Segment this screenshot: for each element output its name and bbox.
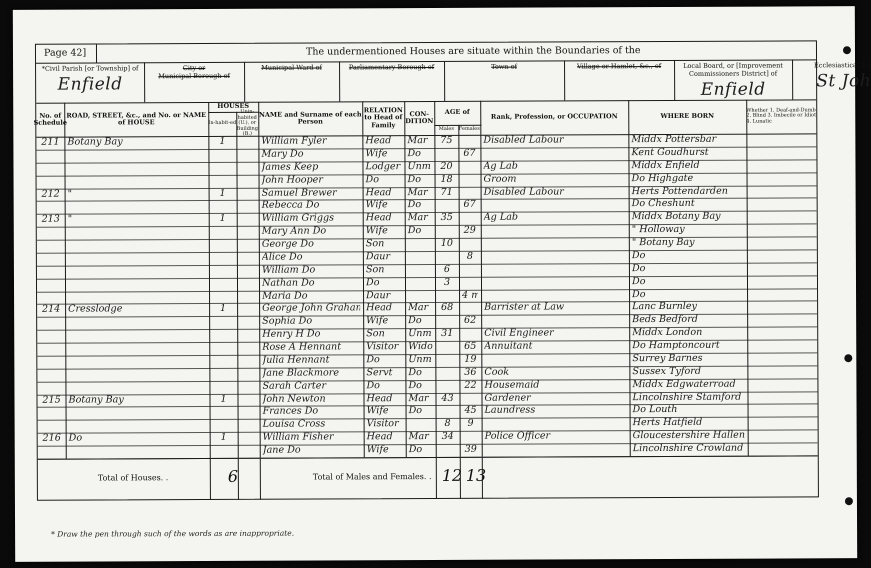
cell-males <box>438 289 456 302</box>
column-header-schedule: No. of Schedule <box>36 103 65 137</box>
cell-relation: Daur <box>366 290 402 303</box>
cell-uninhabited <box>239 149 255 162</box>
cell-name: George John Graham <box>262 303 360 316</box>
cell-relation: Wife <box>366 200 402 213</box>
cell-condition: Mar <box>408 187 432 200</box>
footnote: * Draw the pen through such of the words… <box>51 529 294 539</box>
cell-uninhabited <box>239 136 255 149</box>
cell-infirmity <box>750 378 814 391</box>
cell-where-born: Middx Botany Bay <box>632 211 744 224</box>
cell-road <box>68 265 206 278</box>
cell-males <box>438 315 456 328</box>
cell-schedule <box>40 227 62 240</box>
cell-females: 62 <box>462 315 478 328</box>
cell-schedule: 215 <box>40 394 62 407</box>
cell-inhabited: 1 <box>212 393 234 406</box>
cell-females <box>462 186 478 199</box>
cell-females: 29 <box>462 225 478 238</box>
page-number: Page 42] <box>44 45 86 63</box>
cell-inhabited: 1 <box>212 303 234 316</box>
cell-females <box>461 135 477 148</box>
cell-males <box>438 354 456 367</box>
region-field: Ecclesiastical District ofSt Johns <box>792 59 871 100</box>
cell-schedule <box>39 150 61 163</box>
cell-where-born: " Holloway <box>632 224 744 237</box>
cell-condition: Unm <box>408 354 432 367</box>
column-header-females: Females <box>458 125 481 135</box>
column-group-age: AGE of <box>434 101 481 126</box>
cell-infirmity <box>751 404 815 417</box>
cell-infirmity <box>750 224 814 237</box>
column-header-road: ROAD, STREET, &c., and No. or NAME of HO… <box>64 102 209 137</box>
cell-schedule: 216 <box>41 433 63 446</box>
cell-males <box>438 367 456 380</box>
cell-infirmity <box>750 211 814 224</box>
cell-condition: Mar <box>407 135 431 148</box>
cell-infirmity <box>750 314 814 327</box>
cell-road <box>69 406 207 419</box>
cell-condition: Do <box>408 315 432 328</box>
cell-road <box>69 445 207 458</box>
cell-where-born: Kent Goudhurst <box>631 147 743 160</box>
cell-condition: Do <box>408 367 432 380</box>
cell-uninhabited <box>240 174 256 187</box>
cell-schedule <box>40 356 62 369</box>
cell-infirmity <box>750 262 814 275</box>
cell-females: 4 mos <box>462 289 478 302</box>
cell-infirmity <box>750 339 814 352</box>
total-persons-label: Total of Males and Females. . <box>313 472 432 482</box>
cell-name: Jane Do <box>263 444 361 457</box>
cell-condition <box>408 277 432 290</box>
cell-uninhabited <box>240 187 256 200</box>
region-field: City orMunicipal Borough of <box>144 62 245 102</box>
cell-females <box>462 238 478 251</box>
cell-males: 68 <box>438 302 456 315</box>
cell-schedule <box>40 265 62 278</box>
cell-road <box>68 342 206 355</box>
cell-females <box>462 276 478 289</box>
cell-females: 39 <box>463 444 479 457</box>
cell-road <box>68 381 206 394</box>
cell-relation: Do <box>366 354 402 367</box>
cell-condition: Do <box>408 199 432 212</box>
cell-schedule <box>40 278 62 291</box>
cell-males: 75 <box>437 135 455 148</box>
cell-infirmity <box>750 172 814 185</box>
cell-name: Louisa Cross <box>263 419 361 432</box>
cell-inhabited: 1 <box>212 213 234 226</box>
cell-condition: Mar <box>408 393 432 406</box>
cell-uninhabited <box>241 419 257 432</box>
cell-males: 8 <box>439 418 457 431</box>
cell-schedule: 214 <box>40 304 62 317</box>
region-field: Parliamentary Borough of <box>339 61 445 101</box>
cell-schedule <box>40 201 62 214</box>
cell-males: 34 <box>439 431 457 444</box>
cell-inhabited <box>212 265 234 278</box>
cell-females: 22 <box>462 380 478 393</box>
region-value: St Johns <box>792 71 871 92</box>
cell-relation: Do <box>366 277 402 290</box>
cell-inhabited <box>213 445 235 458</box>
cell-females <box>463 431 479 444</box>
cell-females: 8 <box>462 251 478 264</box>
region-field: Town of <box>444 60 565 101</box>
cell-name: George Do <box>262 238 360 251</box>
cell-road <box>68 200 206 213</box>
cell-occupation: Ag Lab <box>484 211 626 224</box>
cell-females: 45 <box>463 405 479 418</box>
cell-males: 43 <box>438 393 456 406</box>
cell-uninhabited <box>240 342 256 355</box>
cell-uninhabited <box>240 303 256 316</box>
cell-where-born: Do <box>632 250 744 263</box>
cell-where-born: Middx Enfield <box>631 159 743 172</box>
cell-road: Do <box>69 432 207 445</box>
column-headers: No. of ScheduleROAD, STREET, &c., and No… <box>36 99 816 137</box>
cell-inhabited <box>212 342 234 355</box>
cell-infirmity <box>750 198 814 211</box>
cell-females: 9 <box>463 418 479 431</box>
cell-occupation <box>484 289 626 302</box>
region-label: Village or Hamlet, &c., of <box>564 62 674 70</box>
cell-road <box>67 149 205 162</box>
cell-uninhabited <box>240 368 256 381</box>
cell-road <box>68 175 206 188</box>
cell-relation: Head <box>366 187 402 200</box>
binding-hole <box>845 497 853 505</box>
cell-condition <box>409 418 433 431</box>
cell-road <box>68 291 206 304</box>
cell-name: Sarah Carter <box>262 380 360 393</box>
cell-occupation: Gardener <box>484 392 626 405</box>
cell-males: 35 <box>438 212 456 225</box>
column-header-relation: RELATION to Head of Family <box>362 101 405 135</box>
cell-males <box>438 199 456 212</box>
cell-females <box>462 212 478 225</box>
cell-road <box>68 239 206 252</box>
cell-infirmity <box>749 159 813 172</box>
cell-name: William Fisher <box>263 432 361 445</box>
cell-males <box>437 148 455 161</box>
cell-where-born: Herts Pottendarden <box>632 185 744 198</box>
cell-females <box>461 161 477 174</box>
cell-uninhabited <box>241 432 257 445</box>
cell-name: Rebecca Do <box>262 200 360 213</box>
cell-uninhabited <box>241 445 257 458</box>
cell-schedule <box>41 407 63 420</box>
cell-occupation <box>484 199 626 212</box>
cell-females <box>462 264 478 277</box>
cell-uninhabited <box>240 290 256 303</box>
cell-occupation <box>484 224 626 237</box>
cell-infirmity <box>750 327 814 340</box>
cell-relation: Wife <box>367 444 403 457</box>
cell-condition <box>408 264 432 277</box>
cell-inhabited <box>212 239 234 252</box>
cell-relation: Visitor <box>366 341 402 354</box>
cell-schedule <box>40 343 62 356</box>
cell-males: 3 <box>438 277 456 290</box>
cell-relation: Do <box>366 380 402 393</box>
cell-males <box>439 405 457 418</box>
cell-inhabited <box>212 329 234 342</box>
column-header-infirmity: Whether 1. Deaf-and-Dumb 2. Blind 3. Imb… <box>746 99 816 133</box>
total-females-value: 13 <box>466 466 486 485</box>
cell-road: " <box>68 213 206 226</box>
cell-inhabited <box>212 316 234 329</box>
cell-road <box>68 252 206 265</box>
cell-females: 67 <box>461 148 477 161</box>
region-label: Municipal Ward of <box>244 63 339 71</box>
cell-where-born: Beds Bedford <box>632 314 744 327</box>
cell-occupation <box>485 418 627 431</box>
cell-condition: Do <box>408 174 432 187</box>
cell-schedule <box>40 240 62 253</box>
cell-females <box>462 328 478 341</box>
cell-inhabited: 1 <box>211 136 233 149</box>
cell-name: John Hooper <box>262 174 360 187</box>
cell-inhabited <box>212 252 234 265</box>
cell-uninhabited <box>240 329 256 342</box>
cell-where-born: Do Hamptoncourt <box>632 340 744 353</box>
cell-infirmity <box>751 417 815 430</box>
cell-where-born: Lincolnshire Stamford <box>632 391 744 404</box>
cell-inhabited <box>212 226 234 239</box>
cell-relation: Head <box>365 135 401 148</box>
cell-females: 19 <box>462 354 478 367</box>
cell-name: William Fyler <box>261 135 359 148</box>
cell-relation: Wife <box>367 406 403 419</box>
cell-road <box>69 419 207 432</box>
cell-schedule <box>40 381 62 394</box>
cell-relation: Wife <box>366 315 402 328</box>
cell-condition: Mar <box>409 431 433 444</box>
cell-schedule <box>40 291 62 304</box>
cell-name: William Do <box>262 264 360 277</box>
cell-uninhabited <box>240 316 256 329</box>
cell-relation: Wife <box>366 225 402 238</box>
column-header-uninhabited: Unin-habited (U.), or Building (B.) <box>236 112 259 136</box>
column-header-where-born: WHERE BORN <box>628 100 747 135</box>
cell-males <box>438 251 456 264</box>
cell-uninhabited <box>240 239 256 252</box>
region-field: Municipal Ward of <box>244 61 340 101</box>
cell-relation: Son <box>366 238 402 251</box>
cell-condition <box>408 290 432 303</box>
cell-relation: Do <box>366 174 402 187</box>
cell-occupation: Laundress <box>485 405 627 418</box>
cell-females <box>462 173 478 186</box>
cell-schedule <box>39 162 61 175</box>
cell-road <box>68 355 206 368</box>
cell-infirmity <box>750 365 814 378</box>
cell-relation: Head <box>366 393 402 406</box>
cell-males: 10 <box>438 238 456 251</box>
cell-relation: Son <box>366 328 402 341</box>
cell-where-born: " Botany Bay <box>632 237 744 250</box>
cell-road <box>67 162 205 175</box>
region-label: Municipal Borough of <box>144 72 244 80</box>
cell-uninhabited <box>240 252 256 265</box>
cell-occupation <box>485 443 627 456</box>
cell-condition: Do <box>407 148 431 161</box>
cell-occupation <box>484 250 626 263</box>
cell-occupation: Disabled Labour <box>484 186 626 199</box>
region-label: Commissioners District] of <box>674 69 792 78</box>
cell-condition: Unm <box>407 161 431 174</box>
cell-road: Cresslodge <box>68 303 206 316</box>
cell-occupation: Groom <box>484 173 626 186</box>
cell-infirmity <box>750 301 814 314</box>
cell-name: Jane Blackmore <box>262 367 360 380</box>
cell-uninhabited <box>241 406 257 419</box>
cell-males <box>438 225 456 238</box>
cell-occupation: Cook <box>484 366 626 379</box>
cell-inhabited <box>212 278 234 291</box>
cell-uninhabited <box>240 213 256 226</box>
cell-name: Frances Do <box>263 406 361 419</box>
cell-road <box>68 278 206 291</box>
cell-males <box>439 444 457 457</box>
cell-name: Samuel Brewer <box>262 187 360 200</box>
cell-schedule: 211 <box>39 137 61 150</box>
cell-occupation <box>484 276 626 289</box>
cell-occupation: Barrister at Law <box>484 302 626 315</box>
cell-name: James Keep <box>261 161 359 174</box>
cell-relation: Visitor <box>367 419 403 432</box>
cell-occupation: Disabled Labour <box>483 134 625 147</box>
region-field: Village or Hamlet, &c., of <box>564 60 675 100</box>
cell-inhabited <box>212 381 234 394</box>
cell-schedule <box>41 446 63 459</box>
cell-males: 71 <box>438 186 456 199</box>
region-field: *Civil Parish [or Township] ofEnfield <box>36 62 145 102</box>
column-header-males: Males <box>434 125 459 135</box>
binding-hole <box>843 46 851 54</box>
cell-condition: Do <box>409 405 433 418</box>
cell-where-born: Lincolnshire Crowland <box>633 443 745 456</box>
cell-where-born: Middx Edgwaterroad <box>632 378 744 391</box>
cell-relation: Head <box>366 303 402 316</box>
cell-males: 18 <box>438 174 456 187</box>
cell-females <box>462 302 478 315</box>
cell-females <box>462 392 478 405</box>
cell-name: John Newton <box>262 393 360 406</box>
region-label: Parliamentary Borough of <box>339 63 444 71</box>
cell-infirmity <box>750 288 814 301</box>
cell-infirmity <box>751 430 815 443</box>
column-header-name: NAME and Surname of each Person <box>258 101 363 135</box>
cell-condition: Mar <box>408 212 432 225</box>
cell-relation: Daur <box>366 251 402 264</box>
region-label: *Civil Parish [or Township] of <box>36 64 144 72</box>
cell-relation: Lodger <box>365 161 401 174</box>
boundaries-text: The undermentioned Houses are situate wi… <box>306 42 641 61</box>
cell-inhabited <box>213 419 235 432</box>
cell-road <box>68 226 206 239</box>
cell-occupation <box>484 353 626 366</box>
cell-condition <box>408 238 432 251</box>
cell-females: 65 <box>462 341 478 354</box>
cell-occupation: Civil Engineer <box>484 327 626 340</box>
cell-males: 31 <box>438 328 456 341</box>
region-label: Ecclesiastical District of <box>792 61 871 70</box>
cell-infirmity <box>750 275 814 288</box>
cell-condition <box>408 251 432 264</box>
cell-occupation <box>484 263 626 276</box>
cell-inhabited <box>212 368 234 381</box>
column-header-inhabited: In-habit-ed <box>208 112 237 136</box>
cell-uninhabited <box>240 226 256 239</box>
cell-inhabited <box>212 355 234 368</box>
cell-name: Maria Do <box>262 290 360 303</box>
cell-name: Mary Do <box>261 148 359 161</box>
cell-inhabited <box>211 149 233 162</box>
cell-relation: Wife <box>365 148 401 161</box>
cell-name: Nathan Do <box>262 277 360 290</box>
cell-condition: Do <box>408 225 432 238</box>
total-houses-value: 6 <box>228 467 238 486</box>
cell-infirmity <box>749 146 813 159</box>
cell-occupation <box>484 237 626 250</box>
cell-males: 20 <box>437 161 455 174</box>
region-header: *Civil Parish [or Township] ofEnfieldCit… <box>36 59 816 103</box>
cell-relation: Son <box>366 264 402 277</box>
binding-hole <box>844 354 852 362</box>
cell-name: Sophia Do <box>262 316 360 329</box>
cell-inhabited <box>212 200 234 213</box>
cell-infirmity <box>749 133 813 146</box>
cell-schedule <box>40 330 62 343</box>
cell-schedule <box>40 175 62 188</box>
region-value: Enfield <box>674 79 792 100</box>
cell-schedule: 212 <box>40 188 62 201</box>
cell-road: Botany Bay <box>68 394 206 407</box>
cell-uninhabited <box>240 393 256 406</box>
cell-name: Rose A Hennant <box>262 341 360 354</box>
cell-uninhabited <box>240 200 256 213</box>
cell-where-born: Middx Pottersbar <box>631 134 743 147</box>
cell-name: Mary Ann Do <box>262 225 360 238</box>
census-page: Page 42] The undermentioned Houses are s… <box>13 6 857 562</box>
cell-relation: Servt <box>366 367 402 380</box>
cell-road <box>68 329 206 342</box>
cell-where-born: Herts Hatfield <box>633 417 745 430</box>
cell-where-born: Do Cheshunt <box>632 198 744 211</box>
census-entries: 211Botany Bay1William FylerHeadMar75Disa… <box>36 133 817 458</box>
column-header-occupation: Rank, Profession, or OCCUPATION <box>480 100 629 135</box>
cell-inhabited: 1 <box>212 187 234 200</box>
cell-occupation: Annuitant <box>484 340 626 353</box>
cell-where-born: Sussex Tyford <box>632 365 744 378</box>
column-header-condition: CON-DITION <box>404 101 435 135</box>
cell-where-born: Do Highgate <box>632 172 744 185</box>
cell-condition: Mar <box>408 302 432 315</box>
region-value: Enfield <box>36 74 144 94</box>
cell-schedule <box>40 317 62 330</box>
cell-where-born: Do Louth <box>633 404 745 417</box>
cell-road <box>68 368 206 381</box>
column-group-houses: HOUSES <box>208 102 259 113</box>
region-label: Town of <box>444 62 564 71</box>
cell-occupation: Police Officer <box>485 430 627 443</box>
total-houses-label: Total of Houses. . <box>98 473 169 482</box>
cell-where-born: Do <box>632 275 744 288</box>
cell-schedule: 213 <box>40 214 62 227</box>
cell-occupation: Ag Lab <box>483 160 625 173</box>
